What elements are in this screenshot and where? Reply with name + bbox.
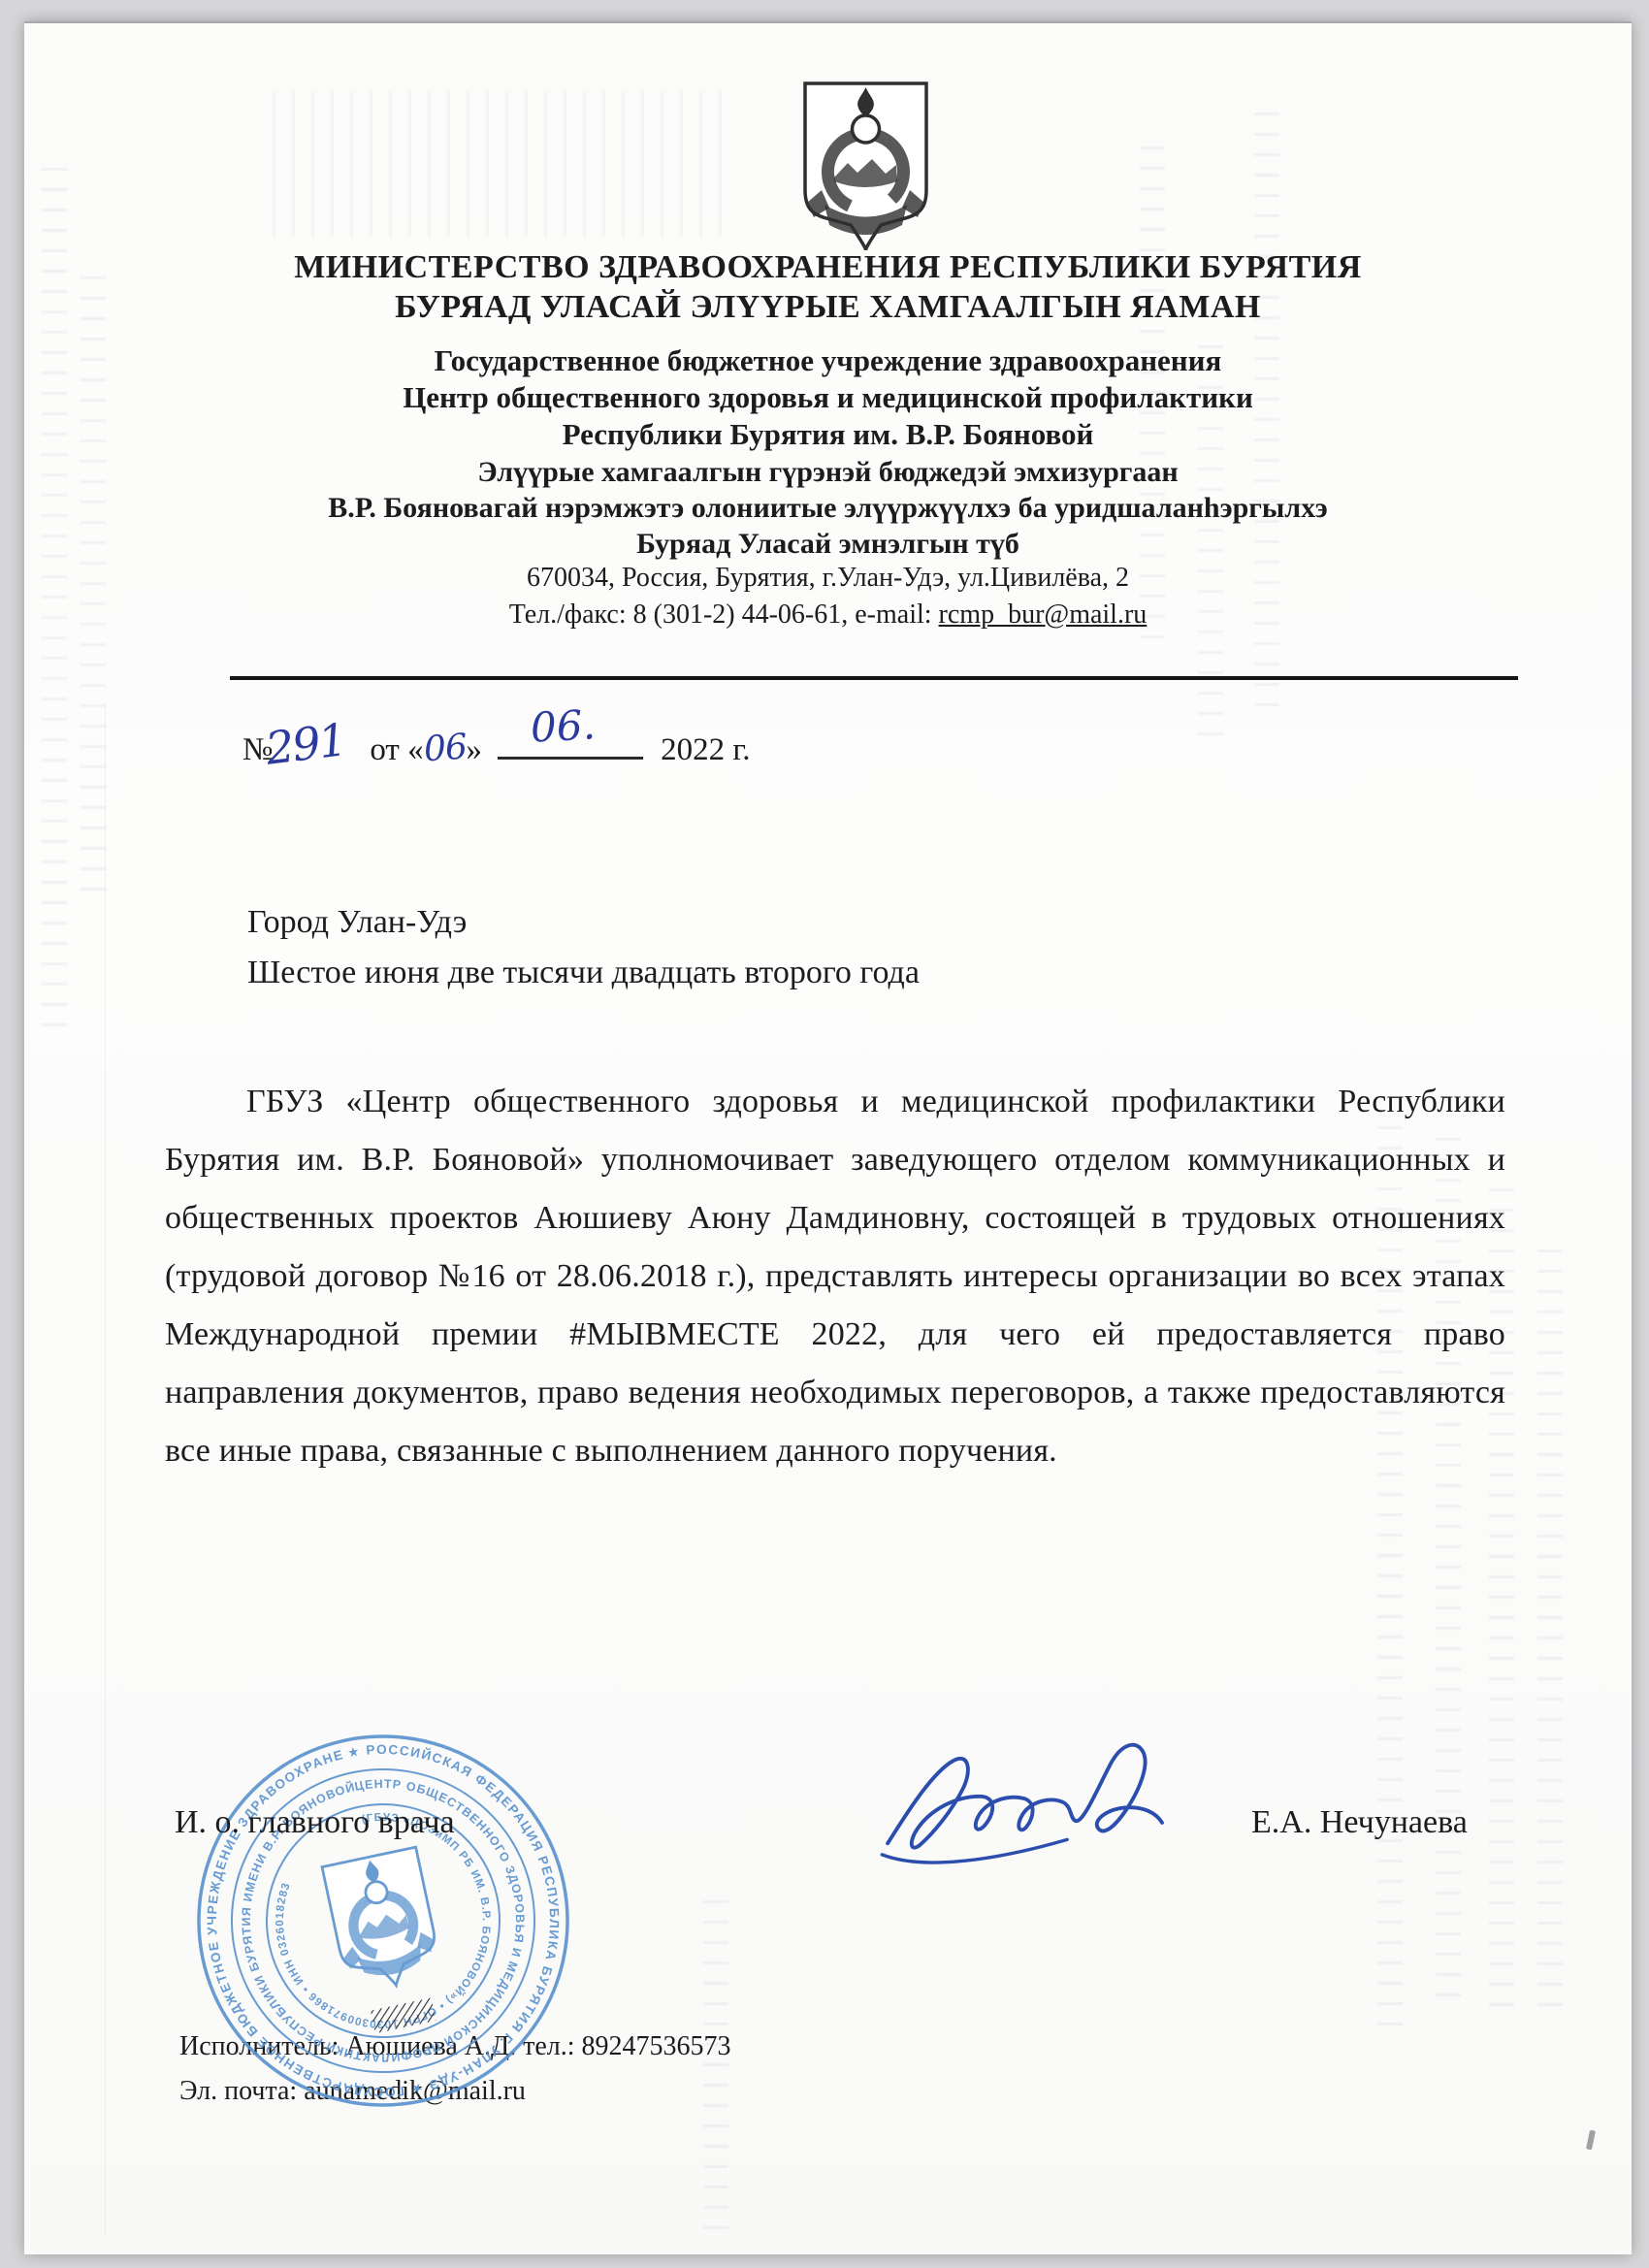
organization-line-buryat: В.Р. Бояновагай нэрэмжэтэ олониитые элүү… (24, 492, 1632, 525)
authorization-paragraph: ГБУЗ «Центр общественного здоровья и мед… (165, 1073, 1505, 1480)
postal-address: 670034, Россия, Бурятия, г.Улан-Удэ, ул.… (24, 563, 1632, 594)
signer-position: И. о. главного врача (175, 1804, 455, 1841)
document-page: МИНИСТЕРСТВО ЗДРАВООХРАНЕНИЯ РЕСПУБЛИКИ … (24, 21, 1632, 2254)
scan-artifact (1586, 2130, 1596, 2151)
handwritten-month: 06. (530, 700, 597, 751)
contact-line: Тел./факс: 8 (301-2) 44-06-61, e-mail: r… (24, 599, 1632, 631)
ministry-name-buryat: БУРЯАД УЛАСАЙ ЭЛҮҮРЫЕ ХАМГААЛГЫН ЯАМАН (24, 289, 1632, 326)
close-quote: » (466, 732, 482, 767)
email-address: rcmp_bur@mail.ru (939, 599, 1148, 630)
handwritten-signature (873, 1731, 1271, 1881)
organization-line: Центр общественного здоровья и медицинск… (24, 380, 1632, 415)
organization-line-buryat: Буряад Уласай эмнэлгын түб (24, 528, 1632, 561)
organization-line: Государственное бюджетное учреждение здр… (24, 343, 1632, 378)
bleed-through-artifact (267, 91, 732, 237)
scanned-letter: { "letterhead": { "emblem": "coat-of-arm… (0, 0, 1649, 2268)
ot-label: от (370, 732, 400, 767)
city-line: Город Улан-Удэ (247, 904, 467, 941)
month-blank-line: 06. (498, 747, 643, 760)
open-quote: « (407, 732, 424, 767)
bleed-through-artifact (1537, 1236, 1563, 2012)
signer-name: Е.А. Нечунаева (1251, 1804, 1468, 1841)
organization-line-buryat: Элүүрые хамгаалгын гүрэнэй бюджедэй эмхи… (24, 456, 1632, 489)
paper-crease (105, 702, 106, 2235)
handwritten-outgoing-number: 291 (263, 713, 348, 775)
reference-number-line: №291от «06»06. 2022 г. (242, 718, 750, 770)
date-in-words: Шестое июня две тысячи двадцать второго … (247, 955, 920, 991)
handwritten-day: 06 (422, 728, 468, 770)
organization-line: Республики Бурятия им. В.Р. Бояновой (24, 417, 1632, 452)
year-label: 2022 г. (661, 732, 750, 767)
coat-of-arms-icon (795, 78, 936, 250)
ministry-name-russian: МИНИСТЕРСТВО ЗДРАВООХРАНЕНИЯ РЕСПУБЛИКИ … (24, 249, 1632, 286)
official-round-stamp: ★ РОССИЙСКАЯ ФЕДЕРАЦИЯ РЕСПУБЛИКА БУРЯТИ… (153, 1691, 613, 2151)
stamp-coat-of-arms (322, 1847, 443, 1995)
letterhead-divider (230, 676, 1518, 680)
phone-fax: Тел./факс: 8 (301-2) 44-06-61, e-mail: (509, 599, 939, 630)
